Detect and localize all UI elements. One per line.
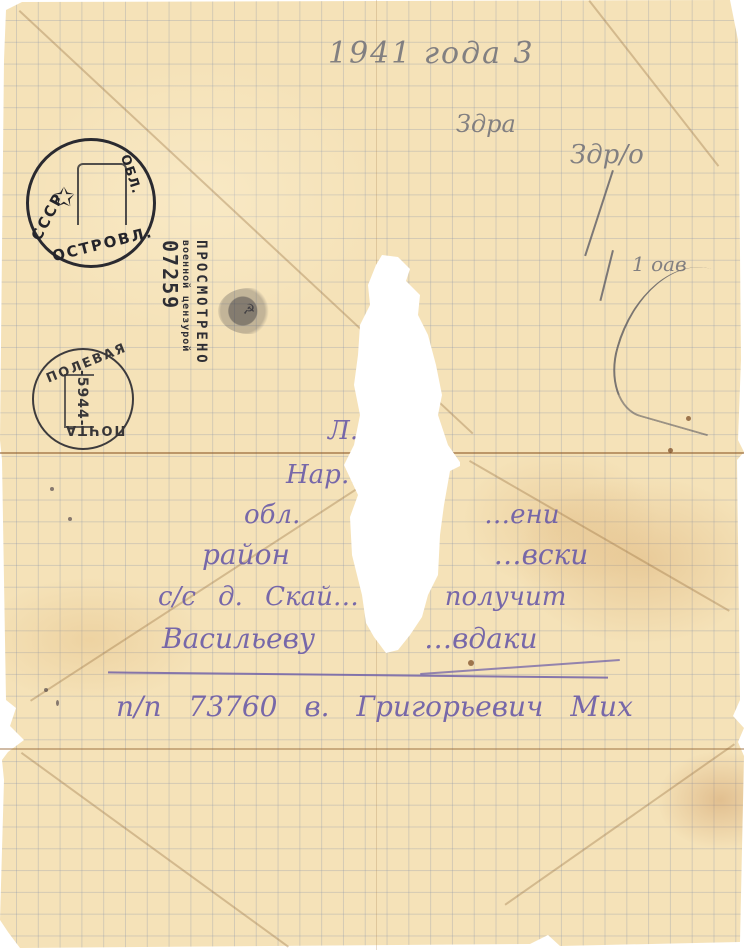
fleck [68, 517, 72, 521]
postmark-date: -5944- [74, 370, 90, 427]
censor-title: ПРОСМОТРЕНО [193, 240, 209, 366]
postmark-frame [77, 163, 127, 225]
letter-scan: 1941 года 3 Здра Здр/о 1 оав ✩ СССР ОБЛ.… [0, 0, 744, 950]
censor-number: 07259 [158, 240, 182, 366]
pencil-year-note: 1941 года 3 [328, 36, 535, 71]
field-post-postmark: ПОЛЕВАЯ -5944- ПОЧТА [32, 348, 134, 450]
postmark-bottom-text: ПОЧТА [64, 422, 125, 437]
hammer-sickle-icon: ☭ [218, 288, 280, 334]
address-line: Васильеву …вдаки [162, 622, 538, 655]
fleck [44, 688, 48, 692]
censor-stamp: ПРОСМОТРЕНО военной цензурой 07259 [158, 240, 212, 366]
pencil-note: Здра [456, 110, 516, 138]
pencil-note: Здр/о [570, 140, 644, 170]
sender-field-post-line: п/п 73760 в. Григорьевич Мих [116, 690, 633, 723]
fleck [50, 487, 54, 491]
fleck [56, 700, 59, 706]
stain [668, 448, 673, 453]
origin-postmark: ✩ СССР ОБЛ. ОСТРОВЛ. [26, 138, 156, 268]
horizontal-fold-lower [0, 748, 744, 750]
postmark-top-text: СССР [28, 189, 68, 243]
stain [468, 660, 474, 666]
